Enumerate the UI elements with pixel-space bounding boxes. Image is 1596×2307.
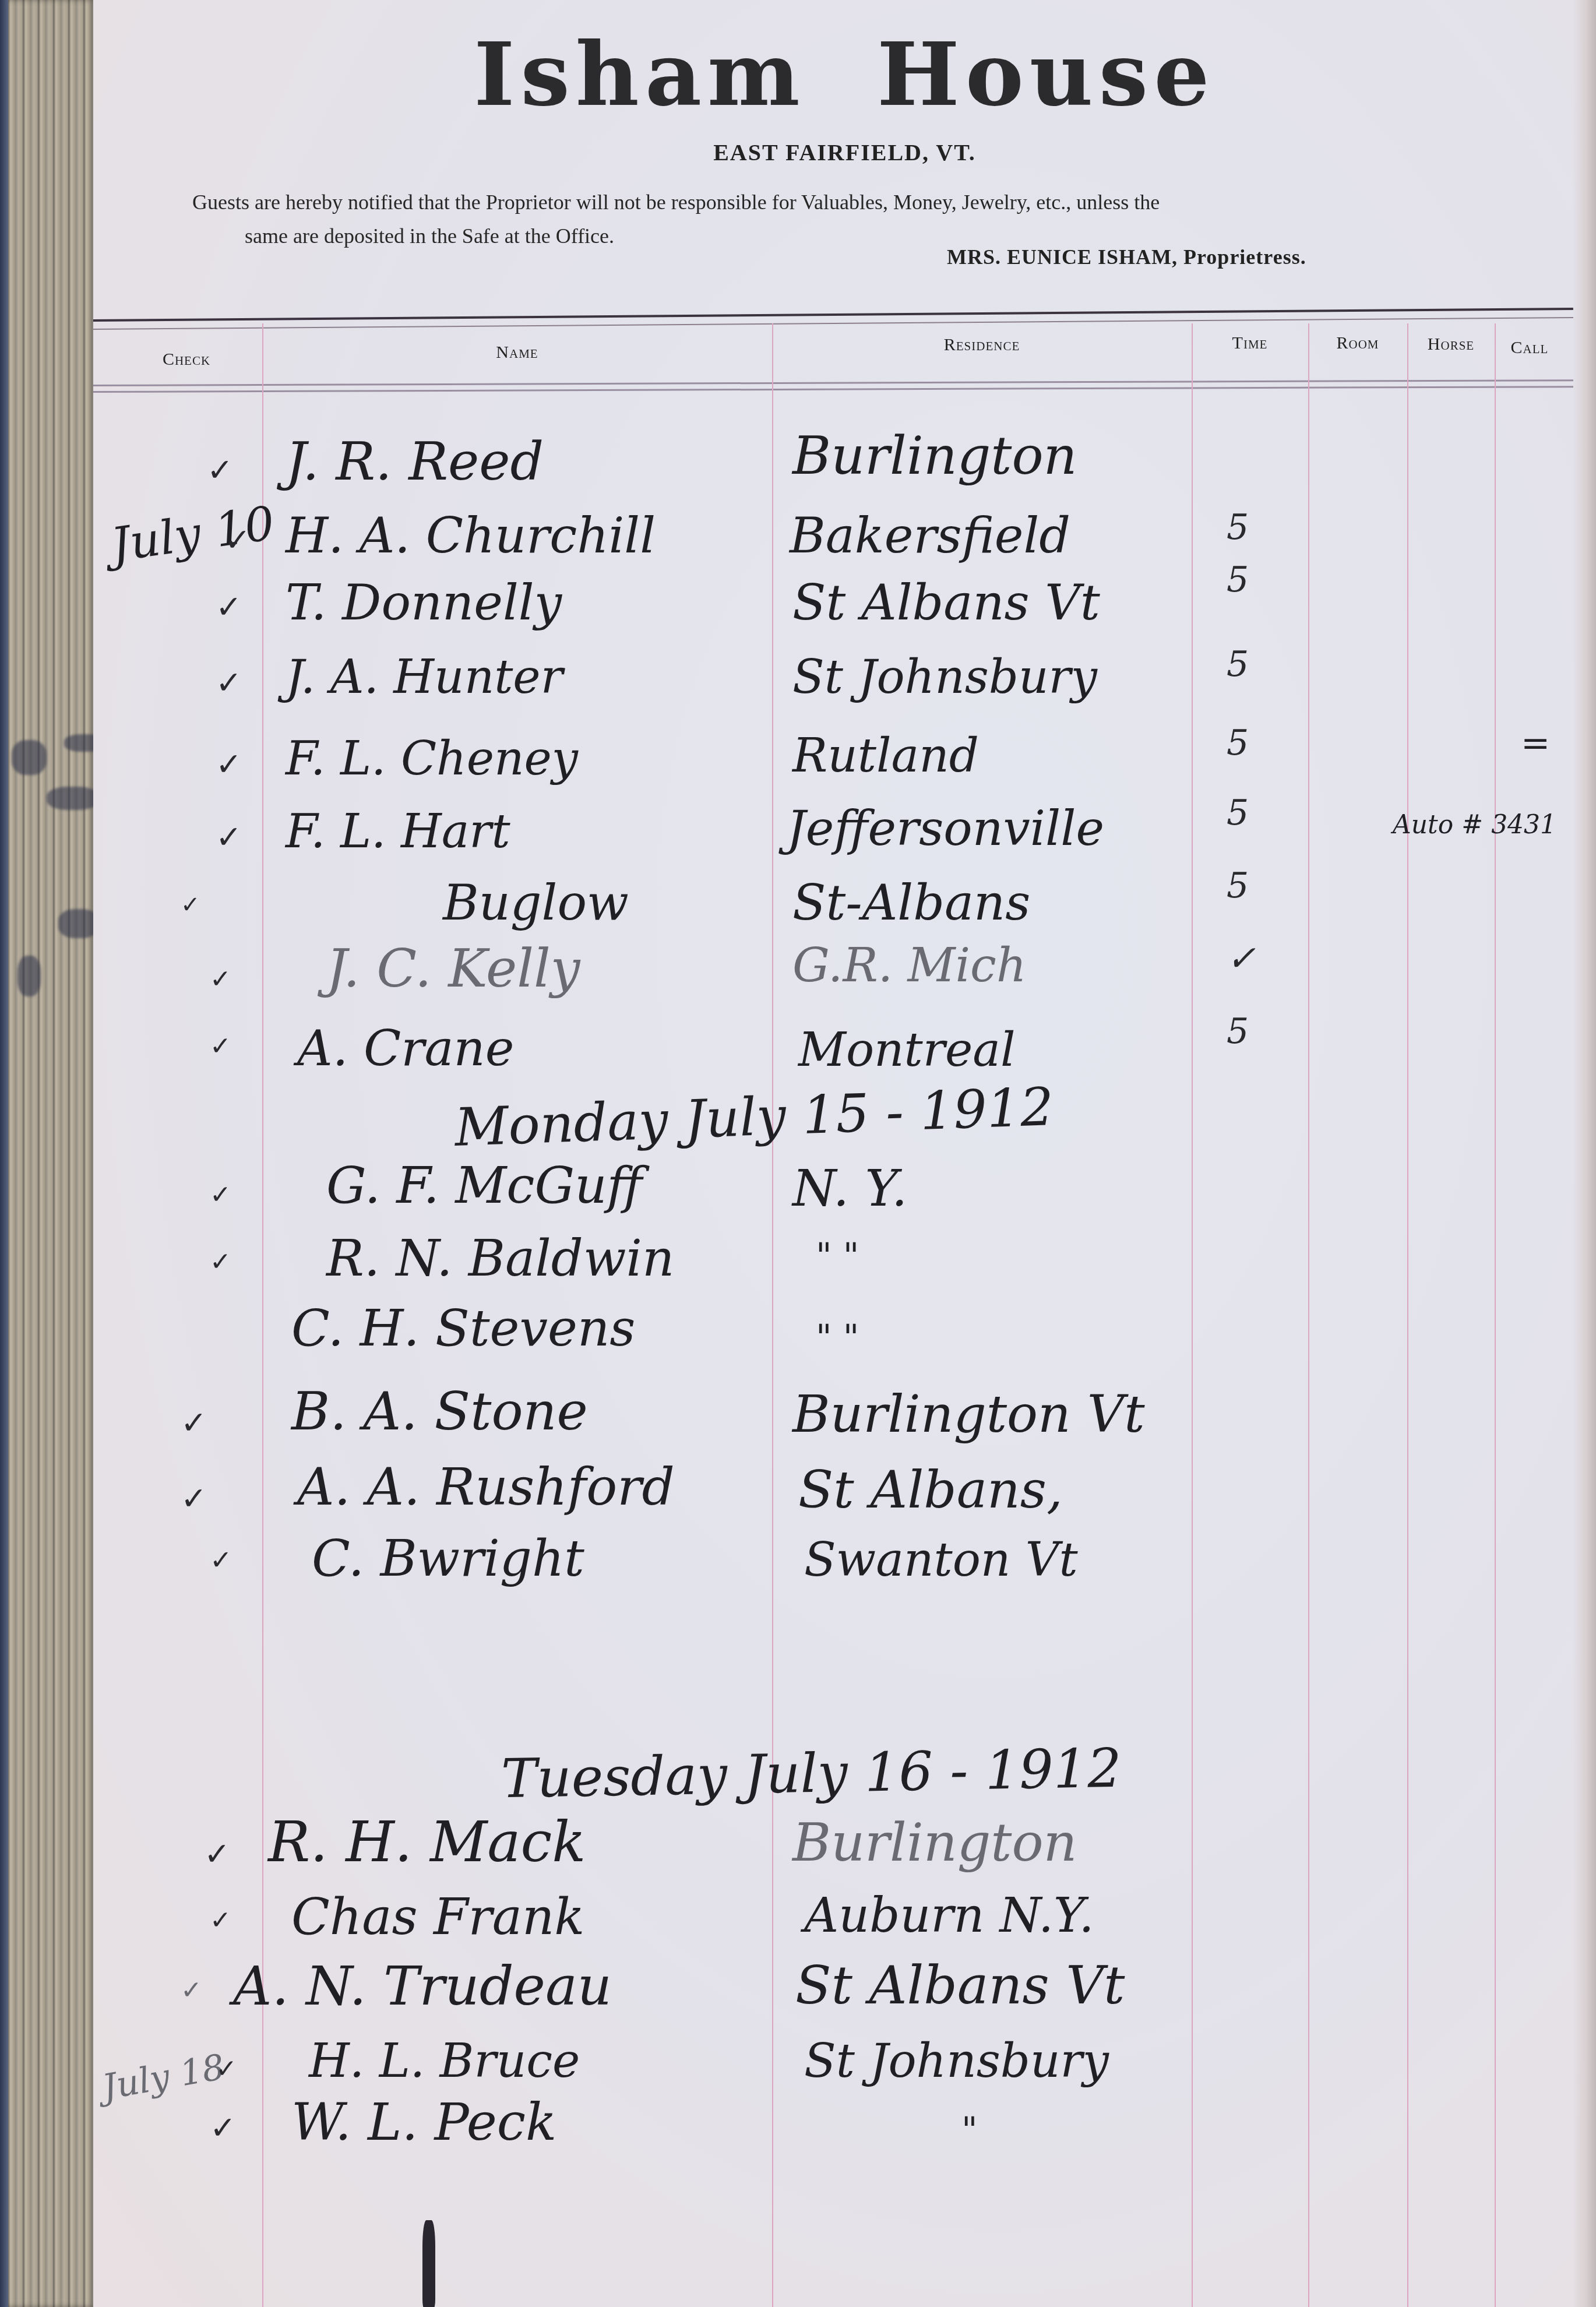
check-mark-icon: ✓: [181, 1975, 202, 2005]
guest-name: C. H. Stevens: [291, 1299, 635, 1358]
guest-residence: Burlington: [792, 1812, 1077, 1873]
check-mark-icon: ✓: [210, 1544, 232, 1576]
guest-name: C. Bwright: [312, 1530, 584, 1588]
guest-name: A. Crane: [297, 1020, 514, 1077]
call-mark: =: [1521, 723, 1550, 763]
guest-residence: Swanton Vt: [804, 1533, 1078, 1587]
check-mark-icon: ✓: [210, 1247, 231, 1277]
guest-name: R. N. Baldwin: [326, 1230, 674, 1288]
header-top-rule: [93, 308, 1573, 330]
ink-stain: [47, 787, 99, 810]
guest-name: Buglow: [443, 874, 629, 931]
check-mark-icon: ✓: [216, 664, 242, 701]
book-spine: [0, 0, 8, 2307]
column-divider: [1495, 323, 1496, 2307]
column-divider: [1407, 323, 1408, 2307]
check-mark-icon: ✓: [181, 892, 200, 918]
date-heading-monday: Monday July 15 - 1912: [453, 1076, 1055, 1158]
column-divider: [1308, 323, 1309, 2307]
notice-line-2: same are deposited in the Safe at the Of…: [192, 219, 1532, 253]
guest-name: R. H. Mack: [268, 1809, 586, 1875]
column-header-residence: Residence: [772, 335, 1192, 355]
time-mark: 5: [1227, 559, 1249, 600]
time-mark: 5: [1227, 644, 1249, 685]
column-header-name: Name: [262, 343, 772, 362]
guest-name: J. A. Hunter: [286, 650, 563, 704]
guest-residence: " ": [816, 1235, 859, 1276]
date-heading-tuesday: Tuesday July 16 - 1912: [501, 1737, 1122, 1811]
guest-residence: Jeffersonville: [787, 801, 1104, 857]
guest-name: J. C. Kelly: [326, 938, 580, 999]
check-mark-icon: ✓: [216, 746, 242, 783]
column-header-horse: Horse: [1407, 334, 1495, 354]
guest-residence: ": [961, 2109, 978, 2150]
time-mark: 5: [1227, 1011, 1249, 1052]
time-mark: ✓: [1227, 938, 1256, 979]
column-divider: [772, 323, 773, 2307]
margin-date-july-10: July 10: [108, 496, 278, 572]
column-header-room: Room: [1308, 333, 1407, 353]
page-title: Isham House: [93, 23, 1596, 126]
horse-auto-number: Auto # 3431: [1393, 810, 1556, 840]
header-bottom-rule: [93, 379, 1573, 393]
book-page-stack: [0, 0, 96, 2307]
guest-residence: St Albans Vt: [792, 574, 1100, 631]
check-mark-icon: ✓: [210, 1906, 231, 1935]
guest-residence: G.R. Mich: [792, 938, 1026, 992]
guest-residence: Montreal: [798, 1023, 1016, 1077]
page-edge-shadow: [1573, 0, 1596, 2307]
guest-residence: N. Y.: [792, 1160, 907, 1218]
notice-line-1: Guests are hereby notified that the Prop…: [192, 191, 1160, 214]
check-mark-icon: ✓: [216, 2054, 237, 2084]
guest-residence: Burlington: [792, 425, 1077, 487]
guest-residence: St Albans,: [798, 1460, 1063, 1520]
guest-residence: St-Albans: [792, 874, 1030, 931]
guest-name: H. A. Churchill: [286, 507, 656, 564]
guest-name: T. Donnelly: [286, 574, 562, 631]
ink-stroke: [422, 2220, 435, 2307]
guest-residence: St Albans Vt: [795, 1955, 1125, 2016]
time-mark: 5: [1227, 865, 1249, 906]
guest-residence: Rutland: [792, 728, 979, 783]
check-mark-icon: ✓: [204, 1836, 230, 1872]
check-mark-icon: ✓: [210, 1031, 231, 1061]
hotel-location: EAST FAIRFIELD, VT.: [93, 139, 1596, 166]
time-mark: 5: [1227, 793, 1249, 833]
guest-name: G. F. McGuff: [326, 1157, 643, 1215]
ink-stain: [17, 956, 41, 996]
check-mark-icon: ✓: [210, 964, 231, 994]
time-mark: 5: [1227, 507, 1249, 548]
check-mark-icon: ✓: [181, 1480, 207, 1517]
guest-name: H. L. Bruce: [309, 2034, 580, 2088]
guest-name: A. A. Rushford: [297, 1457, 675, 1517]
check-mark-icon: ✓: [224, 522, 251, 558]
column-divider: [1192, 323, 1193, 2307]
register-page: Isham House EAST FAIRFIELD, VT. Guests a…: [93, 0, 1596, 2307]
check-mark-icon: ✓: [207, 452, 233, 488]
guest-residence: Bakersfield: [790, 507, 1070, 564]
ink-stain: [12, 740, 47, 775]
guest-name: B. A. Stone: [291, 1381, 588, 1442]
margin-date-july-18: July 18: [100, 2047, 228, 2108]
guest-residence: Auburn N.Y.: [804, 1888, 1094, 1943]
column-header-call: Call: [1495, 338, 1565, 358]
guest-name: Chas Frank: [291, 1888, 585, 1946]
column-header-time: Time: [1192, 333, 1308, 353]
guest-residence: St Johnsbury: [792, 650, 1097, 704]
column-header-check: Check: [152, 350, 221, 369]
check-mark-icon: ✓: [210, 2109, 236, 2146]
check-mark-icon: ✓: [216, 589, 242, 625]
guest-residence: Burlington Vt: [792, 1384, 1145, 1444]
time-mark: 5: [1227, 723, 1249, 763]
check-mark-icon: ✓: [210, 1180, 231, 1210]
guest-residence: " ": [816, 1317, 859, 1358]
check-mark-icon: ✓: [181, 1404, 207, 1441]
guest-name: W. L. Peck: [291, 2092, 556, 2152]
guest-name: J. R. Reed: [286, 431, 544, 492]
guest-name: F. L. Cheney: [286, 731, 578, 786]
proprietress-name: MRS. EUNICE ISHAM, Proprietress.: [947, 245, 1306, 269]
guest-notice: Guests are hereby notified that the Prop…: [192, 185, 1532, 253]
guest-name: A. N. Trudeau: [233, 1955, 612, 2017]
guest-name: F. L. Hart: [286, 804, 510, 858]
check-mark-icon: ✓: [216, 819, 242, 855]
guest-residence: St Johnsbury: [804, 2034, 1109, 2088]
